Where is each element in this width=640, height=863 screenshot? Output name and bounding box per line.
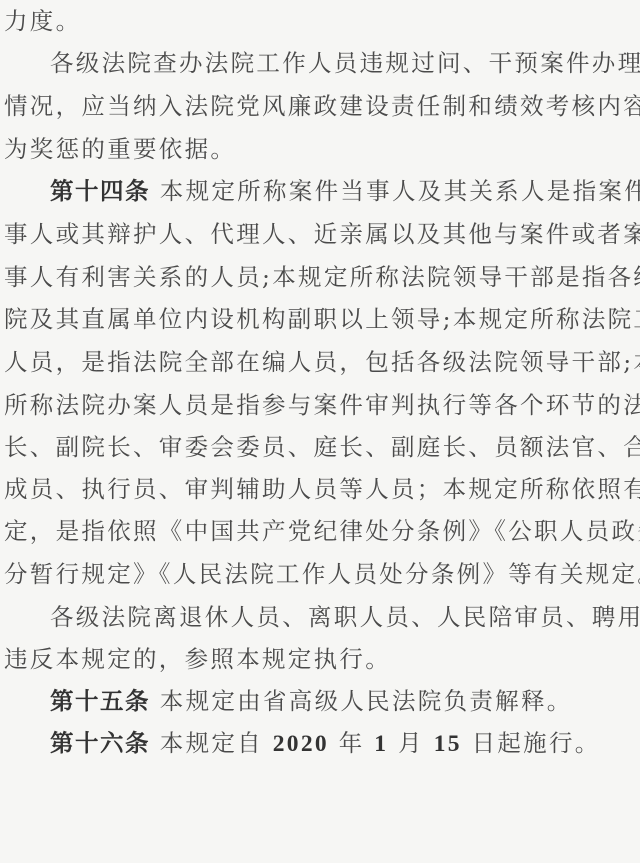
effective-year: 2020 [273,731,329,757]
article-14-line: 第十四条 本规定所称案件当事人及其关系人是指案件当 [50,176,640,206]
article-text: 本规定自 [150,729,273,757]
paragraph-line: 分暂行规定》《人民法院工作人员处分条例》等有关规定。 [4,559,640,589]
effective-day: 15 [434,731,462,757]
paragraph-line: 人员，是指法院全部在编人员，包括各级法院领导干部;本规定 [4,347,640,377]
paragraph-line: 各级法院离退休人员、离职人员、人民陪审员、聘用人员 [50,602,640,632]
article-heading: 第十五条 [50,687,150,715]
article-text: 本规定由省高级人民法院负责解释。 [150,687,573,715]
paragraph-line: 情况，应当纳入法院党风廉政建设责任制和绩效考核内容，作 [4,91,640,121]
year-label: 年 [329,729,374,757]
paragraph-line: 长、副院长、审委会委员、庭长、副庭长、员额法官、合议庭 [4,432,640,462]
paragraph-line: 成员、执行员、审判辅助人员等人员；本规定所称依照有关规 [4,474,640,504]
document-page: 力度。 各级法院查办法院工作人员违规过问、干预案件办理相关 情况，应当纳入法院党… [0,0,640,863]
article-heading: 第十六条 [50,729,150,757]
paragraph-line: 为奖惩的重要依据。 [4,134,236,164]
effective-month: 1 [374,731,388,757]
paragraph-line: 院及其直属单位内设机构副职以上领导;本规定所称法院工作 [4,304,640,334]
month-label: 月 [388,729,433,757]
paragraph-line: 定，是指依照《中国共产党纪律处分条例》《公职人员政务处 [4,516,640,546]
paragraph-line: 各级法院查办法院工作人员违规过问、干预案件办理相关 [50,48,640,78]
day-label: 日起施行。 [462,729,601,757]
article-heading: 第十四条 [50,177,150,205]
article-text: 本规定所称案件当事人及其关系人是指案件当 [150,177,640,205]
article-15-line: 第十五条 本规定由省高级人民法院负责解释。 [50,686,573,716]
paragraph-line: 力度。 [4,6,81,36]
paragraph-line: 所称法院办案人员是指参与案件审判执行等各个环节的法院院 [4,390,640,420]
paragraph-line: 事人或其辩护人、代理人、近亲属以及其他与案件或者案件当 [4,219,640,249]
article-16-line: 第十六条 本规定自 2020 年 1 月 15 日起施行。 [50,728,601,758]
paragraph-line: 事人有利害关系的人员;本规定所称法院领导干部是指各级法 [4,262,640,292]
paragraph-line: 违反本规定的，参照本规定执行。 [4,644,391,674]
